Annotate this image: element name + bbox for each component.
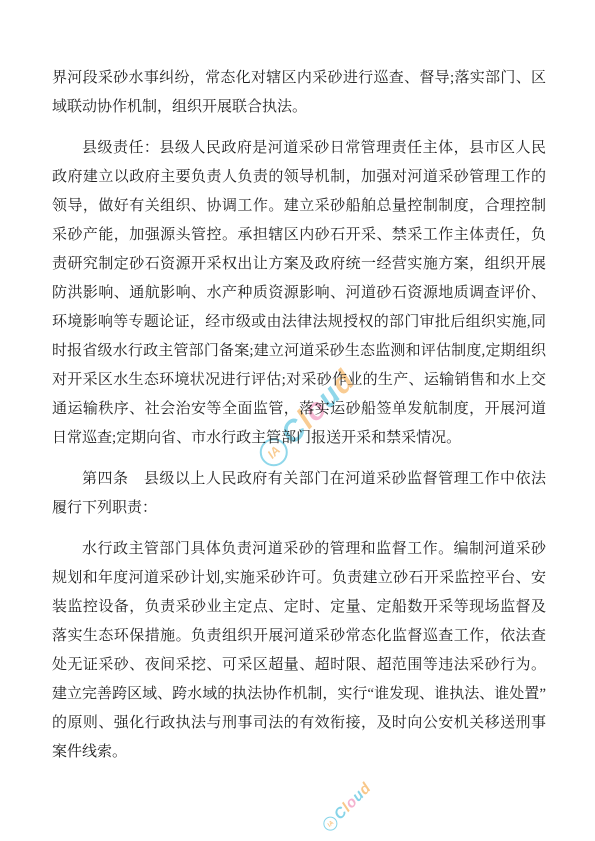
document-body: 界河段采砂水事纠纷，常态化对辖区内采砂进行巡查、督导;落实部门、区域联动协作机制… [52,64,546,779]
watermark-logo-small: IA Cloud [319,779,374,834]
document-page: IA Cloud IA Cloud 界河段采砂水事纠纷，常态化对辖区内采砂进行巡… [0,0,595,841]
paragraph: 县级责任：县级人民政府是河道采砂日常管理责任主体，县市区人民政府建立以政府主要负… [52,134,546,453]
paragraph: 第四条 县级以上人民政府有关部门在河道采砂监督管理工作中依法履行下列职责： [52,465,546,523]
watermark-badge-icon: IA [320,814,340,834]
paragraph: 界河段采砂水事纠纷，常态化对辖区内采砂进行巡查、督导;落实部门、区域联动协作机制… [52,64,546,122]
watermark-word: Cloud [331,779,375,823]
paragraph: 水行政主管部门具体负责河道采砂的管理和监督工作。编制河道采砂规划和年度河道采砂计… [52,535,546,767]
